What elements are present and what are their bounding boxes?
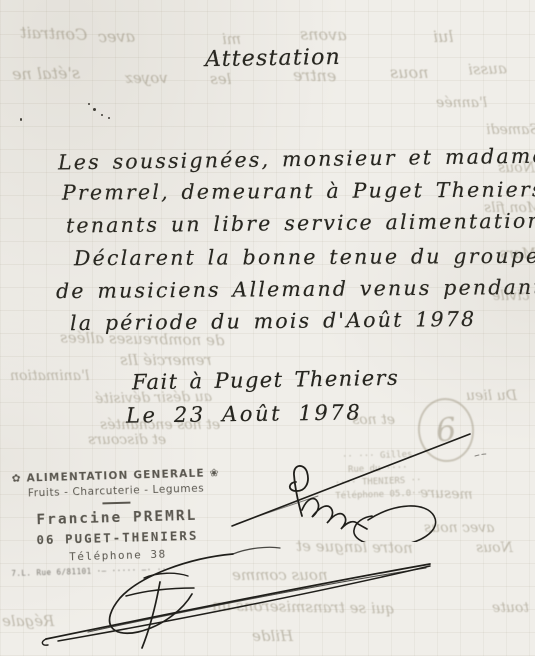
body-line: tenants un libre service alimentation.	[66, 208, 535, 237]
body-line: de musiciens Allemand venus pendant	[56, 275, 535, 303]
stamp-subheader: Fruits - Charcuterie - Legumes	[7, 482, 225, 500]
bleedthrough-fragment: s'étal ne	[12, 63, 80, 83]
bleedthrough-fragment: remercié Ils	[120, 351, 212, 369]
body-line: Déclarent la bonne tenue du groupe	[74, 244, 535, 270]
place-line: Fait à Puget Theniers	[132, 366, 400, 395]
bleedthrough-fragment: l'année	[436, 95, 487, 111]
bleedthrough-fragment: Nous	[476, 540, 513, 556]
ink-speck	[88, 103, 90, 105]
bleedthrough-fragment: lui	[433, 27, 454, 46]
bleedthrough-fragment: avons	[300, 25, 347, 45]
ink-speck	[108, 117, 110, 119]
body-line: Les soussignées, monsieur et madame	[58, 144, 535, 175]
bleedthrough-fragment: Samedi	[486, 122, 535, 138]
bleedthrough-fragment: voyez	[125, 69, 168, 87]
ink-speck	[101, 114, 103, 116]
bleedthrough-fragment: aussi	[468, 59, 507, 78]
bleedthrough-fragment: Contrait	[20, 23, 88, 44]
stamp-name: Francine PREMRL	[8, 507, 226, 529]
body-line: Premrel, demeurant à Puget Theniers	[62, 177, 535, 204]
signature-premrl	[198, 424, 488, 542]
body-line: la période du mois d'Août 1978	[70, 307, 477, 335]
stamp-header: ALIMENTATION GENERALE	[26, 468, 205, 485]
document-title: Attestation	[205, 45, 341, 72]
bleedthrough-fragment: mi	[222, 30, 241, 48]
bleedthrough-fragment: nous	[390, 63, 428, 82]
bleedthrough-fragment: l'animation	[10, 368, 89, 384]
ink-speck	[93, 108, 96, 111]
scanned-document-page: Contraitavecmiavonsluis'étal nevoyezlese…	[0, 0, 535, 656]
bleedthrough-fragment: et discours	[88, 432, 166, 448]
bleedthrough-fragment: avec	[98, 27, 135, 47]
bleedthrough-fragment: les	[210, 70, 231, 88]
bleedthrough-fragment: Du lieu	[466, 388, 517, 404]
stamp-divider	[102, 502, 130, 505]
signature-flourish	[28, 540, 443, 654]
ink-speck	[20, 118, 22, 121]
flower-icon: ✿	[12, 473, 22, 485]
bleedthrough-fragment: toute	[492, 600, 529, 616]
